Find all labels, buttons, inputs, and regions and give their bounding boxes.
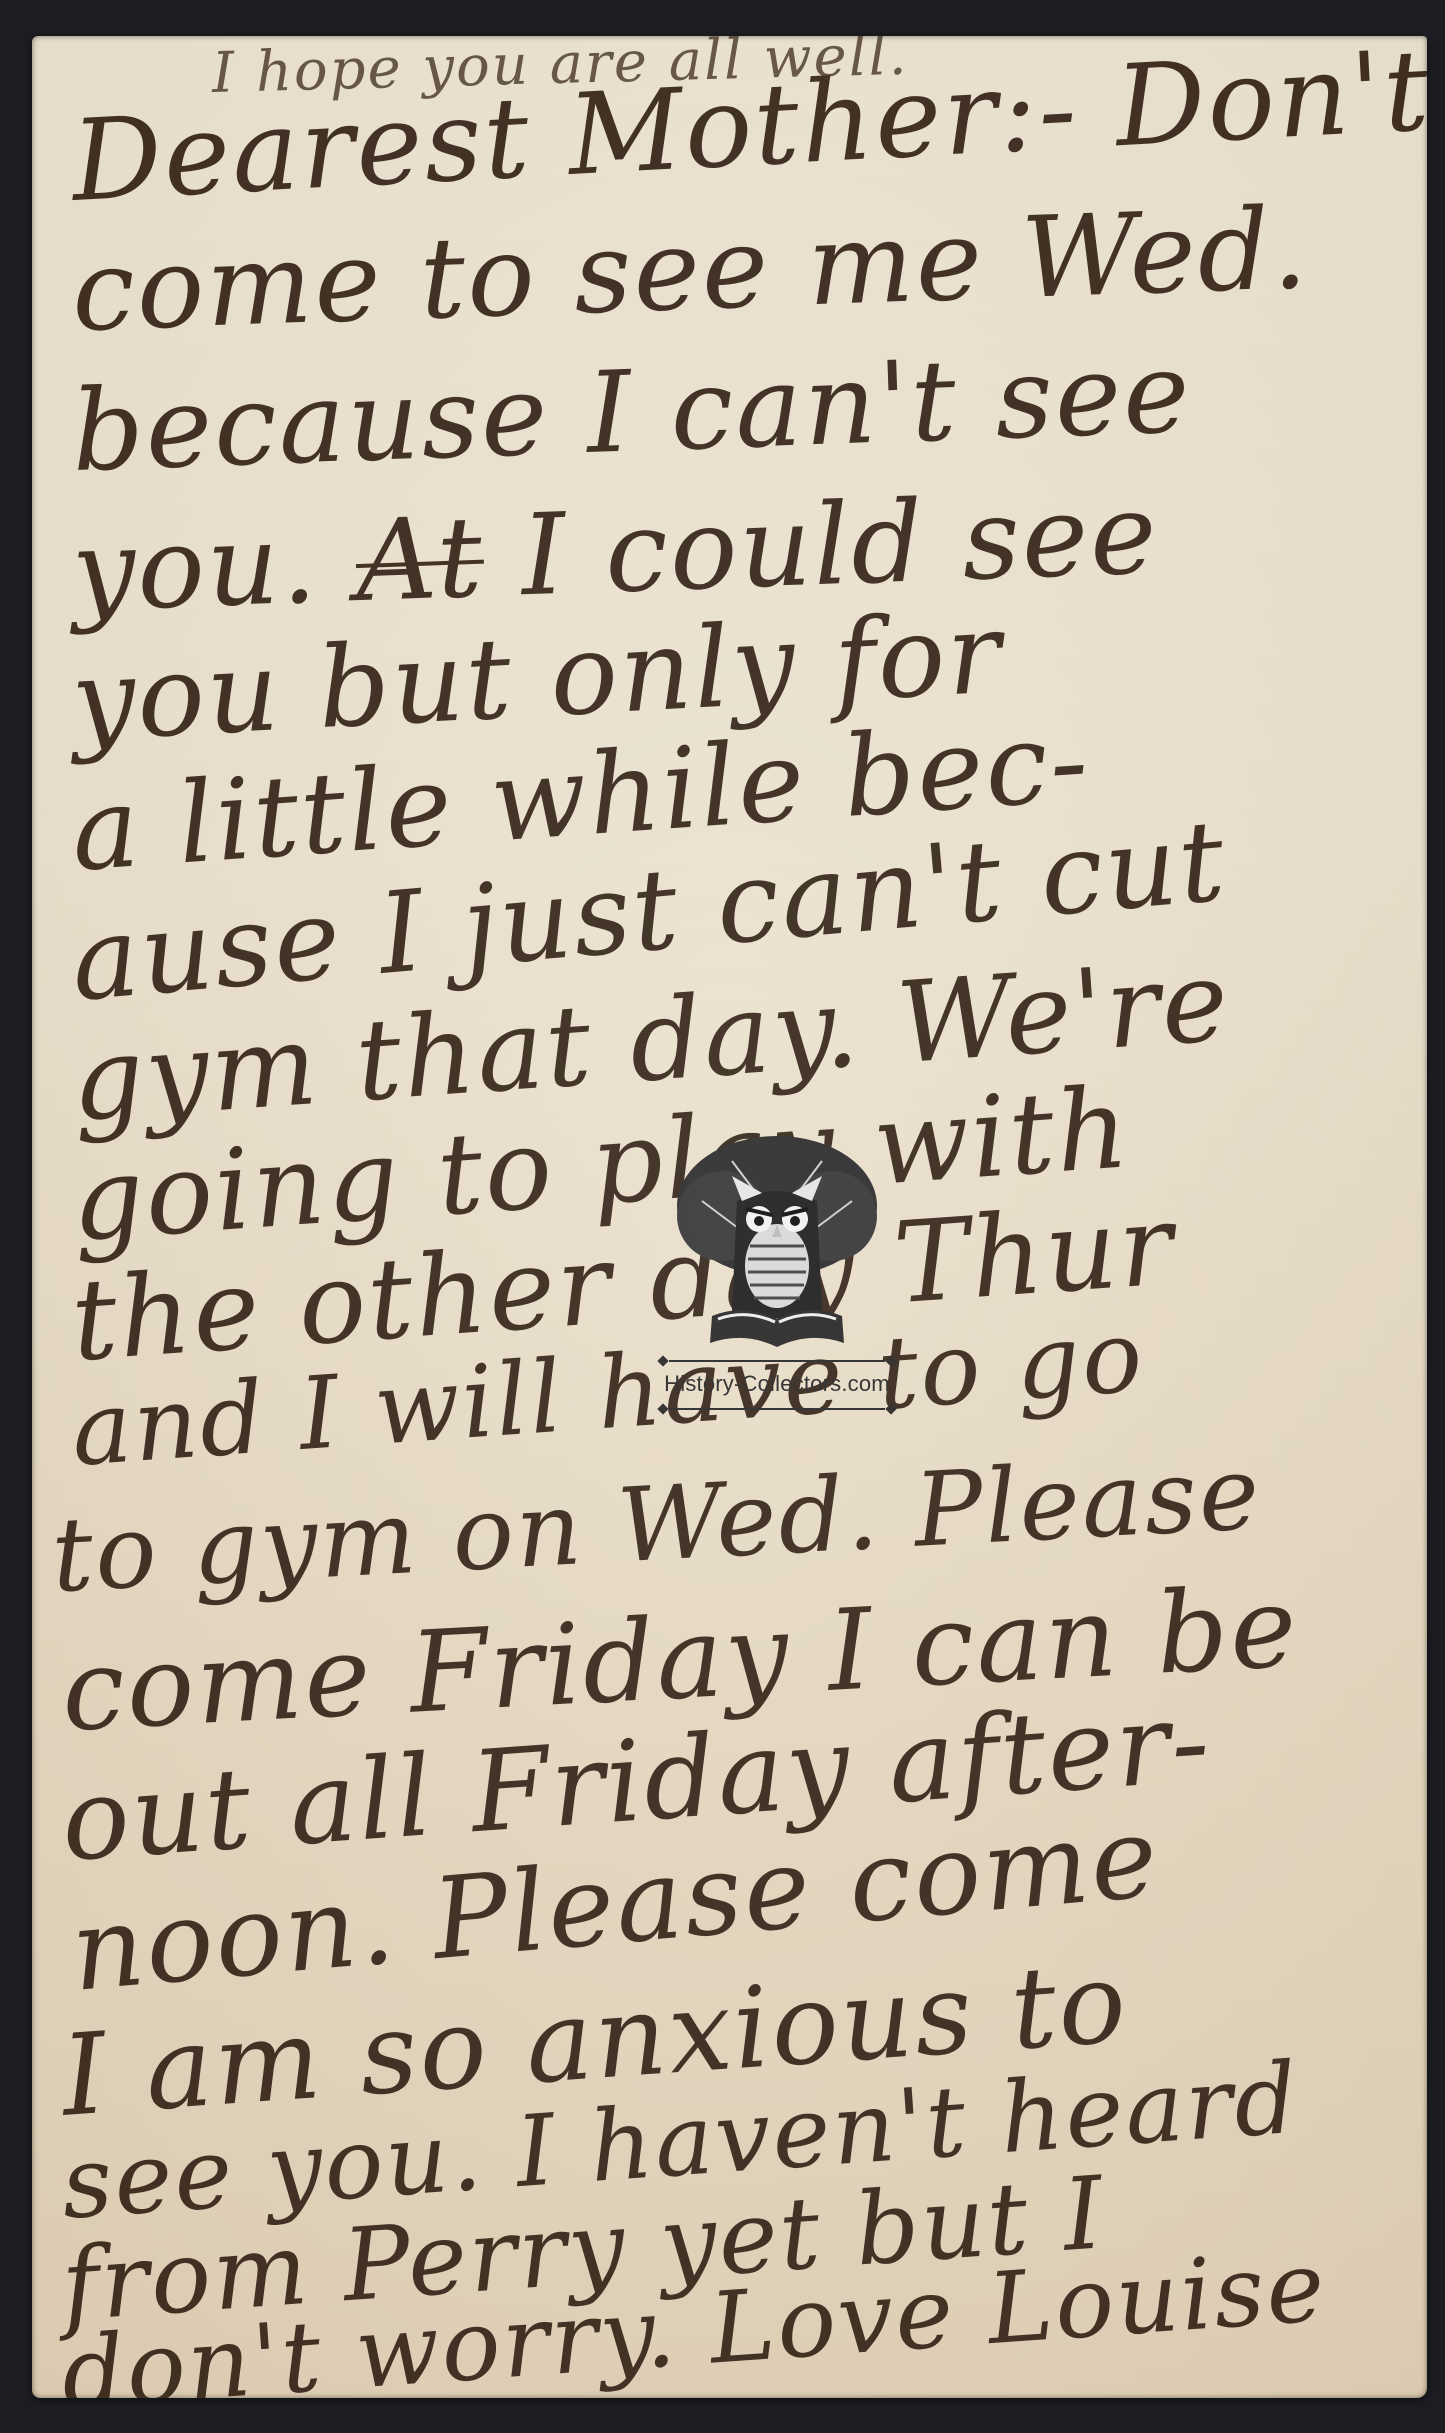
- watermark-text: History-Collectors.com: [664, 1371, 890, 1397]
- struck-word: At: [354, 493, 486, 627]
- letter-card: I hope you are all well. Dearest Mother:…: [32, 36, 1427, 2398]
- watermark: History-Collectors.com: [652, 1121, 902, 1421]
- watermark-rule-bottom: [657, 1405, 897, 1413]
- word-you: you.: [70, 497, 358, 637]
- watermark-rule-top: [657, 1357, 897, 1365]
- owl-on-book-icon: [662, 1121, 892, 1351]
- letter-line-3: because I can't see: [70, 337, 1193, 488]
